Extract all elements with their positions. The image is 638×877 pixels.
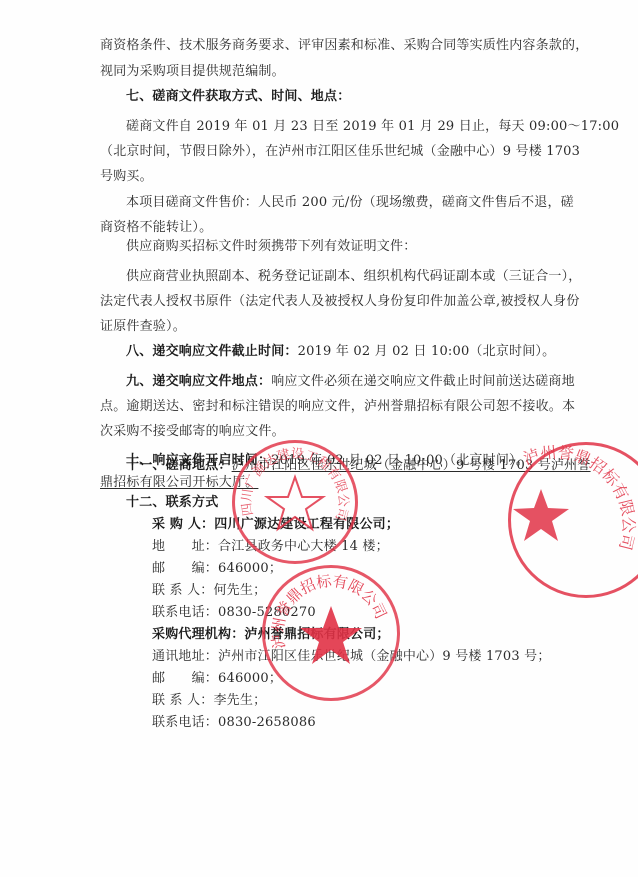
- agency-contact-label: 联 系 人：: [152, 693, 213, 708]
- purchaser-phone: 0830-5280270: [218, 605, 316, 620]
- agency-contact-row: 联 系 人：李先生；: [152, 692, 266, 709]
- agency-address-label: 通讯地址：: [152, 649, 218, 664]
- section9-line2: 点。逾期送达、密封和标注错误的响应文件，泸州誉鼎招标有限公司恕不接收。本: [100, 398, 575, 415]
- purchaser-name: 四川广源达建设工程有限公司；: [214, 517, 399, 532]
- section7-p2-line1: 本项目磋商文件售价：人民币 200 元/份（现场缴费，磋商文件售后不退，磋: [126, 194, 574, 211]
- purchaser-postcode-row: 邮 编：646000；: [152, 560, 282, 577]
- purchaser-address: 合江县政务中心大楼 14 楼；: [218, 539, 389, 554]
- purchaser-contact-label: 联 系 人：: [152, 583, 213, 598]
- section8: 八、递交响应文件截止时间：2019 年 02 月 02 日 10:00（北京时间…: [126, 343, 555, 360]
- purchaser-contact-row: 联 系 人：何先生；: [152, 582, 266, 599]
- purchaser-name-row: 采 购 人：四川广源达建设工程有限公司；: [152, 516, 399, 533]
- section9-text: 响应文件必须在递交响应文件截止时间前送达磋商地: [271, 374, 575, 389]
- section7-p1-line1: 磋商文件自 2019 年 01 月 23 日至 2019 年 01 月 29 日…: [126, 118, 619, 135]
- agency-postcode-label: 邮 编：: [152, 671, 218, 686]
- section9-line1: 九、递交响应文件地点：响应文件必须在递交响应文件截止时间前送达磋商地: [126, 373, 575, 390]
- purchaser-phone-row: 联系电话：0830-5280270: [152, 604, 316, 621]
- purchaser-address-label: 地 址：: [152, 539, 218, 554]
- purchaser-address-row: 地 址：合江县政务中心大楼 14 楼；: [152, 538, 389, 555]
- section11-heading: 十一、磋商地点：: [126, 458, 232, 473]
- agency-phone-label: 联系电话：: [152, 715, 218, 730]
- section7-p4-line1: 供应商营业执照副本、税务登记证副本、组织机构代码证副本或（三证合一），: [126, 268, 582, 285]
- agency-name: 泸州誉鼎招标有限公司；: [244, 627, 389, 642]
- agency-address: 泸州市江阳区佳乐世纪城（金融中心）9 号楼 1703 号；: [218, 649, 551, 664]
- agency-address-row: 通讯地址：泸州市江阳区佳乐世纪城（金融中心）9 号楼 1703 号；: [152, 648, 551, 665]
- section11-address-part2: 鼎招标有限公司开标大厅。: [100, 474, 258, 491]
- section8-heading: 八、递交响应文件截止时间：: [126, 344, 298, 359]
- agency-postcode-row: 邮 编：646000；: [152, 670, 282, 687]
- agency-name-label: 采购代理机构：: [152, 627, 244, 642]
- purchaser-phone-label: 联系电话：: [152, 605, 218, 620]
- agency-phone: 0830-2658086: [218, 715, 316, 730]
- purchaser-postcode-label: 邮 编：: [152, 561, 218, 576]
- agency-phone-row: 联系电话：0830-2658086: [152, 714, 316, 731]
- section7-p4-line3: 证原件查验）。: [100, 318, 186, 335]
- section9-heading: 九、递交响应文件地点：: [126, 374, 271, 389]
- agency-postcode: 646000；: [218, 671, 282, 686]
- intro-line-1: 商资格条件、技术服务商务要求、评审因素和标准、采购合同等实质性内容条款的，: [100, 37, 588, 54]
- section7-heading: 七、磋商文件获取方式、时间、地点：: [126, 88, 350, 105]
- section7-p3: 供应商购买招标文件时须携带下列有效证明文件：: [126, 238, 416, 255]
- agency-contact: 李先生；: [213, 693, 266, 708]
- document-page: 商资格条件、技术服务商务要求、评审因素和标准、采购合同等实质性内容条款的， 视同…: [0, 0, 638, 877]
- section12-heading: 十二、联系方式: [126, 494, 218, 511]
- section7-p1-line3: 号购买。: [100, 168, 153, 185]
- intro-line-2: 视同为采购项目提供规范编制。: [100, 63, 285, 80]
- section11-address-part1: 泸州市江阳区佳乐世纪城（金融中心）9 号楼 1703 号泸州誉: [232, 458, 591, 473]
- section9-line3: 次采购不接受邮寄的响应文件。: [100, 423, 285, 440]
- section7-p2-line2: 商资格不能转让）。: [100, 219, 212, 236]
- purchaser-name-label: 采 购 人：: [152, 517, 214, 532]
- section11-line1: 十一、磋商地点：泸州市江阳区佳乐世纪城（金融中心）9 号楼 1703 号泸州誉: [126, 457, 591, 474]
- section8-text: 2019 年 02 月 02 日 10:00（北京时间）。: [298, 344, 556, 359]
- section7-p4-line2: 法定代表人授权书原件（法定代表人及被授权人身份复印件加盖公章,被授权人身份: [100, 293, 580, 310]
- purchaser-contact: 何先生；: [213, 583, 266, 598]
- purchaser-postcode: 646000；: [218, 561, 282, 576]
- section7-p1-line2: （北京时间，节假日除外），在泸州市江阳区佳乐世纪城（金融中心）9 号楼 1703: [100, 143, 580, 160]
- agency-name-row: 采购代理机构：泸州誉鼎招标有限公司；: [152, 626, 390, 643]
